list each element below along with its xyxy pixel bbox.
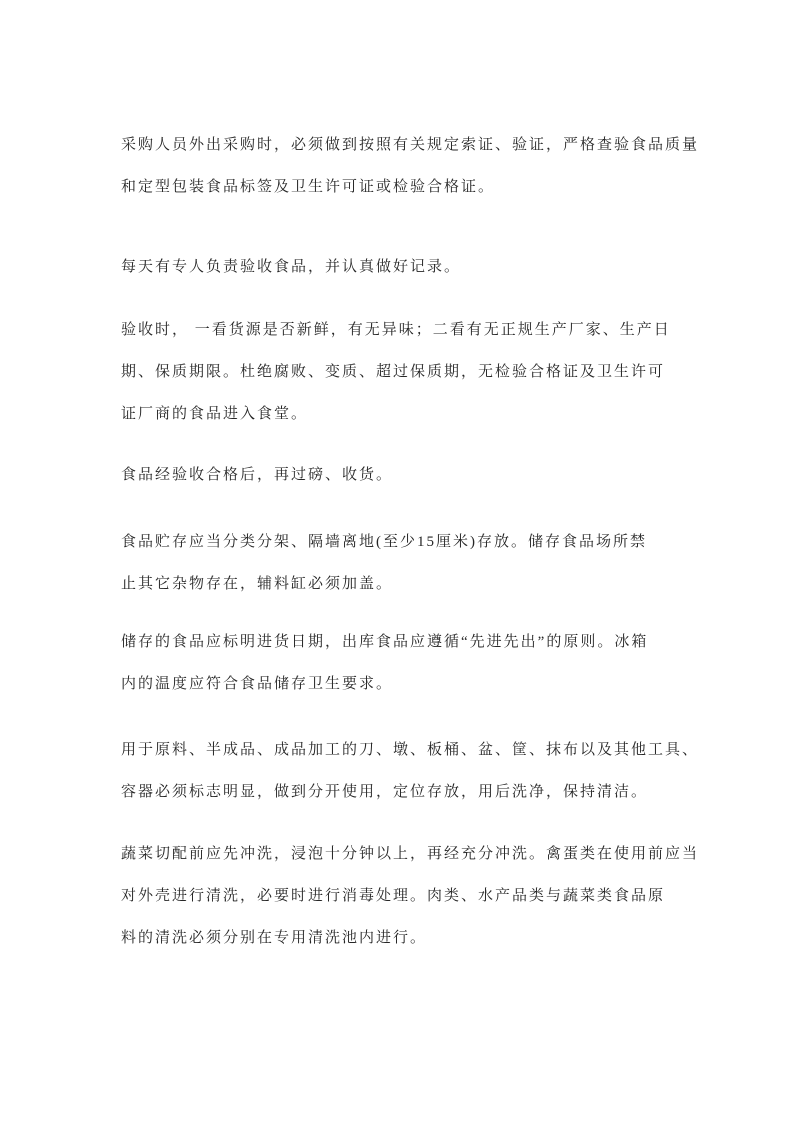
text-line: 对外壳进行清洗，必要时进行消毒处理。肉类、水产品类与蔬菜类食品原 [121, 875, 721, 917]
text-line: 蔬菜切配前应先冲洗，浸泡十分钟以上，再经充分冲洗。禽蛋类在使用前应当 [121, 833, 721, 875]
text-line: 内的温度应符合食品储存卫生要求。 [121, 663, 721, 705]
text-line: 容器必须标志明显，做到分开使用，定位存放，用后洗净，保持清洁。 [121, 771, 721, 813]
text-line: 止其它杂物存在，辅料缸必须加盖。 [121, 563, 721, 605]
text-line: 食品贮存应当分类分架、隔墙离地(至少15厘米)存放。储存食品场所禁 [121, 521, 721, 563]
document-page: 采购人员外出采购时，必须做到按照有关规定索证、验证，严格查验食品质量 和定型包装… [0, 0, 794, 1122]
text-line: 食品经验收合格后，再过磅、收货。 [121, 454, 721, 496]
text-paragraph: 采购人员外出采购时，必须做到按照有关规定索证、验证，严格查验食品质量 和定型包装… [121, 124, 721, 208]
text-paragraph: 储存的食品应标明进货日期，出库食品应遵循“先进先出”的原则。冰箱 内的温度应符合… [121, 621, 721, 705]
text-line: 料的清洗必须分别在专用清洗池内进行。 [121, 917, 721, 959]
text-paragraph: 食品经验收合格后，再过磅、收货。 [121, 454, 721, 496]
document-content: 采购人员外出采购时，必须做到按照有关规定索证、验证，严格查验食品质量 和定型包装… [121, 124, 721, 959]
text-line: 证厂商的食品进入食堂。 [121, 393, 721, 435]
text-line: 期、保质期限。杜绝腐败、变质、超过保质期，无检验合格证及卫生许可 [121, 351, 721, 393]
text-line: 每天有专人负责验收食品，并认真做好记录。 [121, 246, 721, 288]
text-paragraph: 食品贮存应当分类分架、隔墙离地(至少15厘米)存放。储存食品场所禁 止其它杂物存… [121, 521, 721, 605]
text-line: 采购人员外出采购时，必须做到按照有关规定索证、验证，严格查验食品质量 [121, 124, 721, 166]
text-paragraph: 验收时， 一看货源是否新鲜，有无异味；二看有无正规生产厂家、生产日 期、保质期限… [121, 309, 721, 435]
text-paragraph: 用于原料、半成品、成品加工的刀、墩、板桶、盆、筐、抹布以及其他工具、 容器必须标… [121, 729, 721, 813]
text-line: 储存的食品应标明进货日期，出库食品应遵循“先进先出”的原则。冰箱 [121, 621, 721, 663]
text-paragraph: 每天有专人负责验收食品，并认真做好记录。 [121, 246, 721, 288]
text-line: 和定型包装食品标签及卫生许可证或检验合格证。 [121, 166, 721, 208]
text-line: 验收时， 一看货源是否新鲜，有无异味；二看有无正规生产厂家、生产日 [121, 309, 721, 351]
text-line: 用于原料、半成品、成品加工的刀、墩、板桶、盆、筐、抹布以及其他工具、 [121, 729, 721, 771]
text-paragraph: 蔬菜切配前应先冲洗，浸泡十分钟以上，再经充分冲洗。禽蛋类在使用前应当 对外壳进行… [121, 833, 721, 959]
